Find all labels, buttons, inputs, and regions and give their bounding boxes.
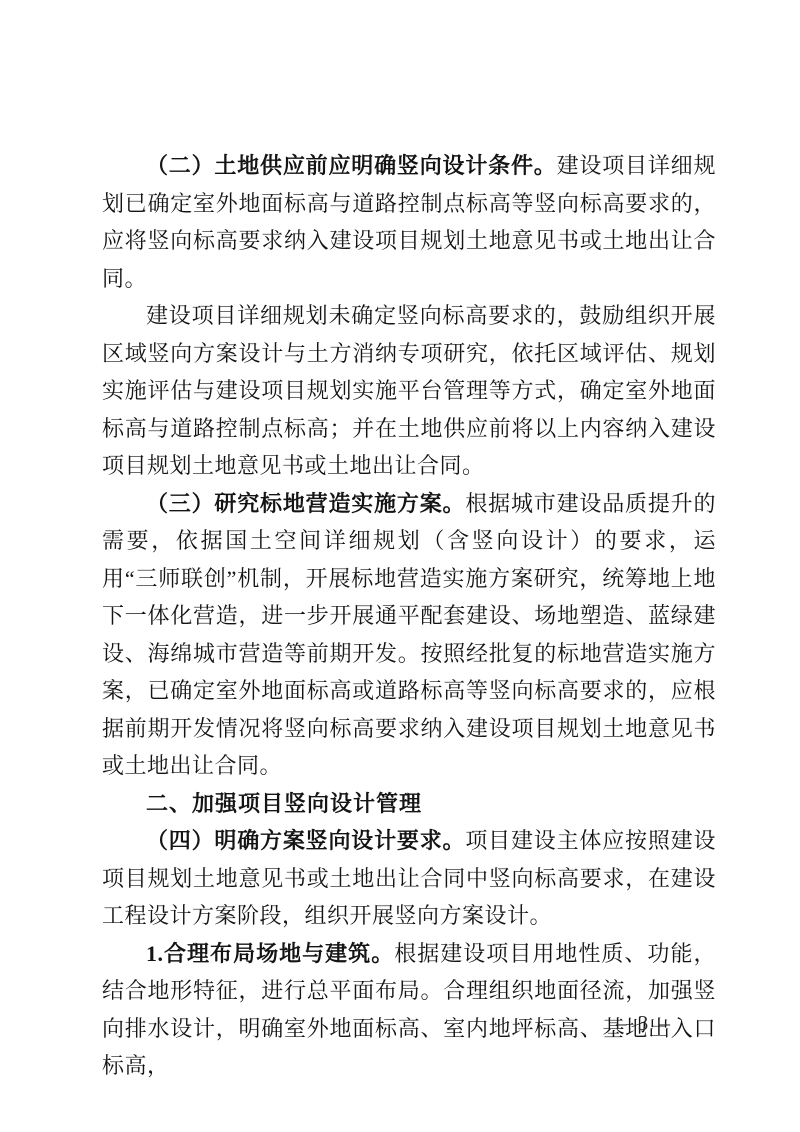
paragraph-lead: （三）研究标地营造实施方案。 xyxy=(146,491,465,516)
paragraph-continuation: 建设项目详细规划未确定竖向标高要求的，鼓励组织开展区域竖向方案设计与土方消纳专项… xyxy=(102,297,716,485)
paragraph-lead: （二）土地供应前应明确竖向设计条件。 xyxy=(146,153,557,178)
document-page: （二）土地供应前应明确竖向设计条件。建设项目详细规划已确定室外地面标高与道路控制… xyxy=(0,0,800,1132)
document-body: （二）土地供应前应明确竖向设计条件。建设项目详细规划已确定室外地面标高与道路控制… xyxy=(102,147,716,1085)
paragraph-text: 根据城市建设品质提升的需要，依据国土空间详细规划（含竖向设计）的要求，运用“三师… xyxy=(102,491,716,779)
page-number: – 3 – xyxy=(616,1011,673,1035)
paragraph-text: 建设项目详细规划未确定竖向标高要求的，鼓励组织开展区域竖向方案设计与土方消纳专项… xyxy=(102,303,716,478)
paragraph-sub-item-1: 1.合理布局场地与建筑。根据建设项目用地性质、功能，结合地形特征，进行总平面布局… xyxy=(102,935,716,1085)
paragraph-item-3: （三）研究标地营造实施方案。根据城市建设品质提升的需要，依据国土空间详细规划（含… xyxy=(102,485,716,785)
paragraph-lead: （四）明确方案竖向设计要求。 xyxy=(146,828,465,853)
paragraph-item-2: （二）土地供应前应明确竖向设计条件。建设项目详细规划已确定室外地面标高与道路控制… xyxy=(102,147,716,297)
paragraph-item-4: （四）明确方案竖向设计要求。项目建设主体应按照建设项目规划土地意见书或土地出让合… xyxy=(102,822,716,935)
paragraph-lead: 1.合理布局场地与建筑。 xyxy=(146,941,394,966)
section-heading-2: 二、加强项目竖向设计管理 xyxy=(102,785,716,823)
